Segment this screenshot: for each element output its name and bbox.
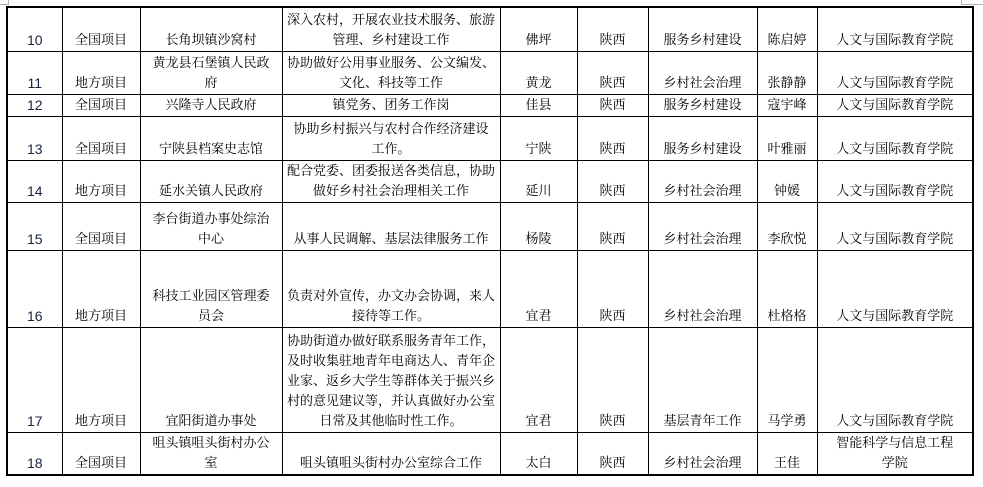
- cell-county[interactable]: 黄龙: [500, 51, 577, 94]
- cell-org[interactable]: 兴隆寺人民政府: [140, 94, 282, 116]
- cell-county[interactable]: 宁陕: [500, 116, 577, 160]
- cell-college[interactable]: 人文与国际教育学院: [817, 116, 973, 160]
- table-row: 11 地方项目 黄龙县石堡镇人民政 府 协助做好公用事业服务、公文编发、 文化、…: [7, 51, 973, 94]
- cell-org[interactable]: 延水关镇人民政府: [140, 160, 282, 202]
- cell-duty[interactable]: 负责对外宣传，办文办会协调，来人 接待等工作。: [282, 250, 500, 327]
- cell-duty[interactable]: 协助乡村振兴与农村合作经济建设 工作。: [282, 116, 500, 160]
- cell-college[interactable]: 人文与国际教育学院: [817, 94, 973, 116]
- table-row: 12 全国项目 兴隆寺人民政府 镇党务、团务工作岗 佳县 陕西 服务乡村建设 寇…: [7, 94, 973, 116]
- cell-project-type[interactable]: 全国项目: [62, 116, 140, 160]
- cell-project-type[interactable]: 全国项目: [62, 7, 140, 51]
- cell-project-type[interactable]: 全国项目: [62, 94, 140, 116]
- table-row: 17 地方项目 宜阳街道办事处 协助街道办做好联系服务青年工作， 及时收集驻地青…: [7, 327, 973, 432]
- cell-duty[interactable]: 深入农村，开展农业技术服务、旅游 管理、乡村建设工作: [282, 7, 500, 51]
- cell-college[interactable]: 智能科学与信息工程 学院: [817, 432, 973, 475]
- cell-college[interactable]: 人文与国际教育学院: [817, 51, 973, 94]
- cell-project-type[interactable]: 全国项目: [62, 432, 140, 475]
- table-row: 13 全国项目 宁陕县档案史志馆 协助乡村振兴与农村合作经济建设 工作。 宁陕 …: [7, 116, 973, 160]
- cell-org[interactable]: 咀头镇咀头街村办公 室: [140, 432, 282, 475]
- cell-category[interactable]: 基层青年工作: [648, 327, 757, 432]
- cell-seq[interactable]: 15: [7, 202, 62, 250]
- cell-seq[interactable]: 13: [7, 116, 62, 160]
- cell-project-type[interactable]: 地方项目: [62, 250, 140, 327]
- cell-province[interactable]: 陕西: [577, 160, 648, 202]
- cell-college[interactable]: 人文与国际教育学院: [817, 202, 973, 250]
- cell-duty[interactable]: 咀头镇咀头街村办公室综合工作: [282, 432, 500, 475]
- grid-remnant-top-right-vertical: [961, 0, 962, 5]
- table-row: 10 全国项目 长角坝镇沙窝村 深入农村，开展农业技术服务、旅游 管理、乡村建设…: [7, 7, 973, 51]
- cell-org[interactable]: 宜阳街道办事处: [140, 327, 282, 432]
- table-row: 16 地方项目 科技工业园区管理委 员会 负责对外宣传，办文办会协调，来人 接待…: [7, 250, 973, 327]
- cell-county[interactable]: 宜君: [500, 250, 577, 327]
- cell-college[interactable]: 人文与国际教育学院: [817, 160, 973, 202]
- cell-college[interactable]: 人文与国际教育学院: [817, 327, 973, 432]
- cell-category[interactable]: 服务乡村建设: [648, 116, 757, 160]
- cell-duty[interactable]: 协助街道办做好联系服务青年工作， 及时收集驻地青年电商达人、青年企 业家、返乡大…: [282, 327, 500, 432]
- cell-province[interactable]: 陕西: [577, 94, 648, 116]
- cell-duty[interactable]: 镇党务、团务工作岗: [282, 94, 500, 116]
- cell-county[interactable]: 太白: [500, 432, 577, 475]
- cell-seq[interactable]: 16: [7, 250, 62, 327]
- cell-county[interactable]: 延川: [500, 160, 577, 202]
- cell-project-type[interactable]: 地方项目: [62, 327, 140, 432]
- grid-remnant-top-left-vertical: [8, 0, 9, 5]
- cell-person[interactable]: 李欣悦: [757, 202, 817, 250]
- cell-seq[interactable]: 11: [7, 51, 62, 94]
- cell-county[interactable]: 杨陵: [500, 202, 577, 250]
- cell-seq[interactable]: 17: [7, 327, 62, 432]
- cell-person[interactable]: 陈启婷: [757, 7, 817, 51]
- cell-seq[interactable]: 10: [7, 7, 62, 51]
- cell-org[interactable]: 李台街道办事处综治 中心: [140, 202, 282, 250]
- cell-category[interactable]: 乡村社会治理: [648, 160, 757, 202]
- cell-project-type[interactable]: 全国项目: [62, 202, 140, 250]
- cell-county[interactable]: 佛坪: [500, 7, 577, 51]
- cell-county[interactable]: 佳县: [500, 94, 577, 116]
- cell-duty[interactable]: 从事人民调解、基层法律服务工作: [282, 202, 500, 250]
- cell-person[interactable]: 杜格格: [757, 250, 817, 327]
- cell-person[interactable]: 叶雅丽: [757, 116, 817, 160]
- cell-province[interactable]: 陕西: [577, 327, 648, 432]
- cell-project-type[interactable]: 地方项目: [62, 51, 140, 94]
- cell-province[interactable]: 陕西: [577, 202, 648, 250]
- cell-person[interactable]: 张静静: [757, 51, 817, 94]
- table-row: 18 全国项目 咀头镇咀头街村办公 室 咀头镇咀头街村办公室综合工作 太白 陕西…: [7, 432, 973, 475]
- cell-category[interactable]: 乡村社会治理: [648, 250, 757, 327]
- grid-remnant-top-right-horizontal: [961, 4, 983, 5]
- cell-duty[interactable]: 协助做好公用事业服务、公文编发、 文化、科技等工作: [282, 51, 500, 94]
- cell-province[interactable]: 陕西: [577, 250, 648, 327]
- cell-person[interactable]: 马学勇: [757, 327, 817, 432]
- cell-category[interactable]: 乡村社会治理: [648, 51, 757, 94]
- cell-org[interactable]: 长角坝镇沙窝村: [140, 7, 282, 51]
- cell-province[interactable]: 陕西: [577, 7, 648, 51]
- cell-county[interactable]: 宜君: [500, 327, 577, 432]
- assignment-table: 10 全国项目 长角坝镇沙窝村 深入农村，开展农业技术服务、旅游 管理、乡村建设…: [6, 6, 974, 476]
- cell-org[interactable]: 黄龙县石堡镇人民政 府: [140, 51, 282, 94]
- cell-seq[interactable]: 12: [7, 94, 62, 116]
- cell-province[interactable]: 陕西: [577, 432, 648, 475]
- cell-college[interactable]: 人文与国际教育学院: [817, 7, 973, 51]
- cell-duty[interactable]: 配合党委、团委报送各类信息，协助 做好乡村社会治理相关工作: [282, 160, 500, 202]
- cell-seq[interactable]: 14: [7, 160, 62, 202]
- cell-category[interactable]: 乡村社会治理: [648, 202, 757, 250]
- cell-person[interactable]: 寇宇峰: [757, 94, 817, 116]
- cell-province[interactable]: 陕西: [577, 51, 648, 94]
- cell-category[interactable]: 乡村社会治理: [648, 432, 757, 475]
- cell-project-type[interactable]: 地方项目: [62, 160, 140, 202]
- cell-person[interactable]: 王佳: [757, 432, 817, 475]
- cell-person[interactable]: 钟媛: [757, 160, 817, 202]
- cell-category[interactable]: 服务乡村建设: [648, 94, 757, 116]
- cell-org[interactable]: 宁陕县档案史志馆: [140, 116, 282, 160]
- cell-province[interactable]: 陕西: [577, 116, 648, 160]
- cell-category[interactable]: 服务乡村建设: [648, 7, 757, 51]
- table-row: 14 地方项目 延水关镇人民政府 配合党委、团委报送各类信息，协助 做好乡村社会…: [7, 160, 973, 202]
- cell-org[interactable]: 科技工业园区管理委 员会: [140, 250, 282, 327]
- table-row: 15 全国项目 李台街道办事处综治 中心 从事人民调解、基层法律服务工作 杨陵 …: [7, 202, 973, 250]
- cell-seq[interactable]: 18: [7, 432, 62, 475]
- cell-college[interactable]: 人文与国际教育学院: [817, 250, 973, 327]
- grid-remnant-top-left-horizontal: [0, 4, 9, 5]
